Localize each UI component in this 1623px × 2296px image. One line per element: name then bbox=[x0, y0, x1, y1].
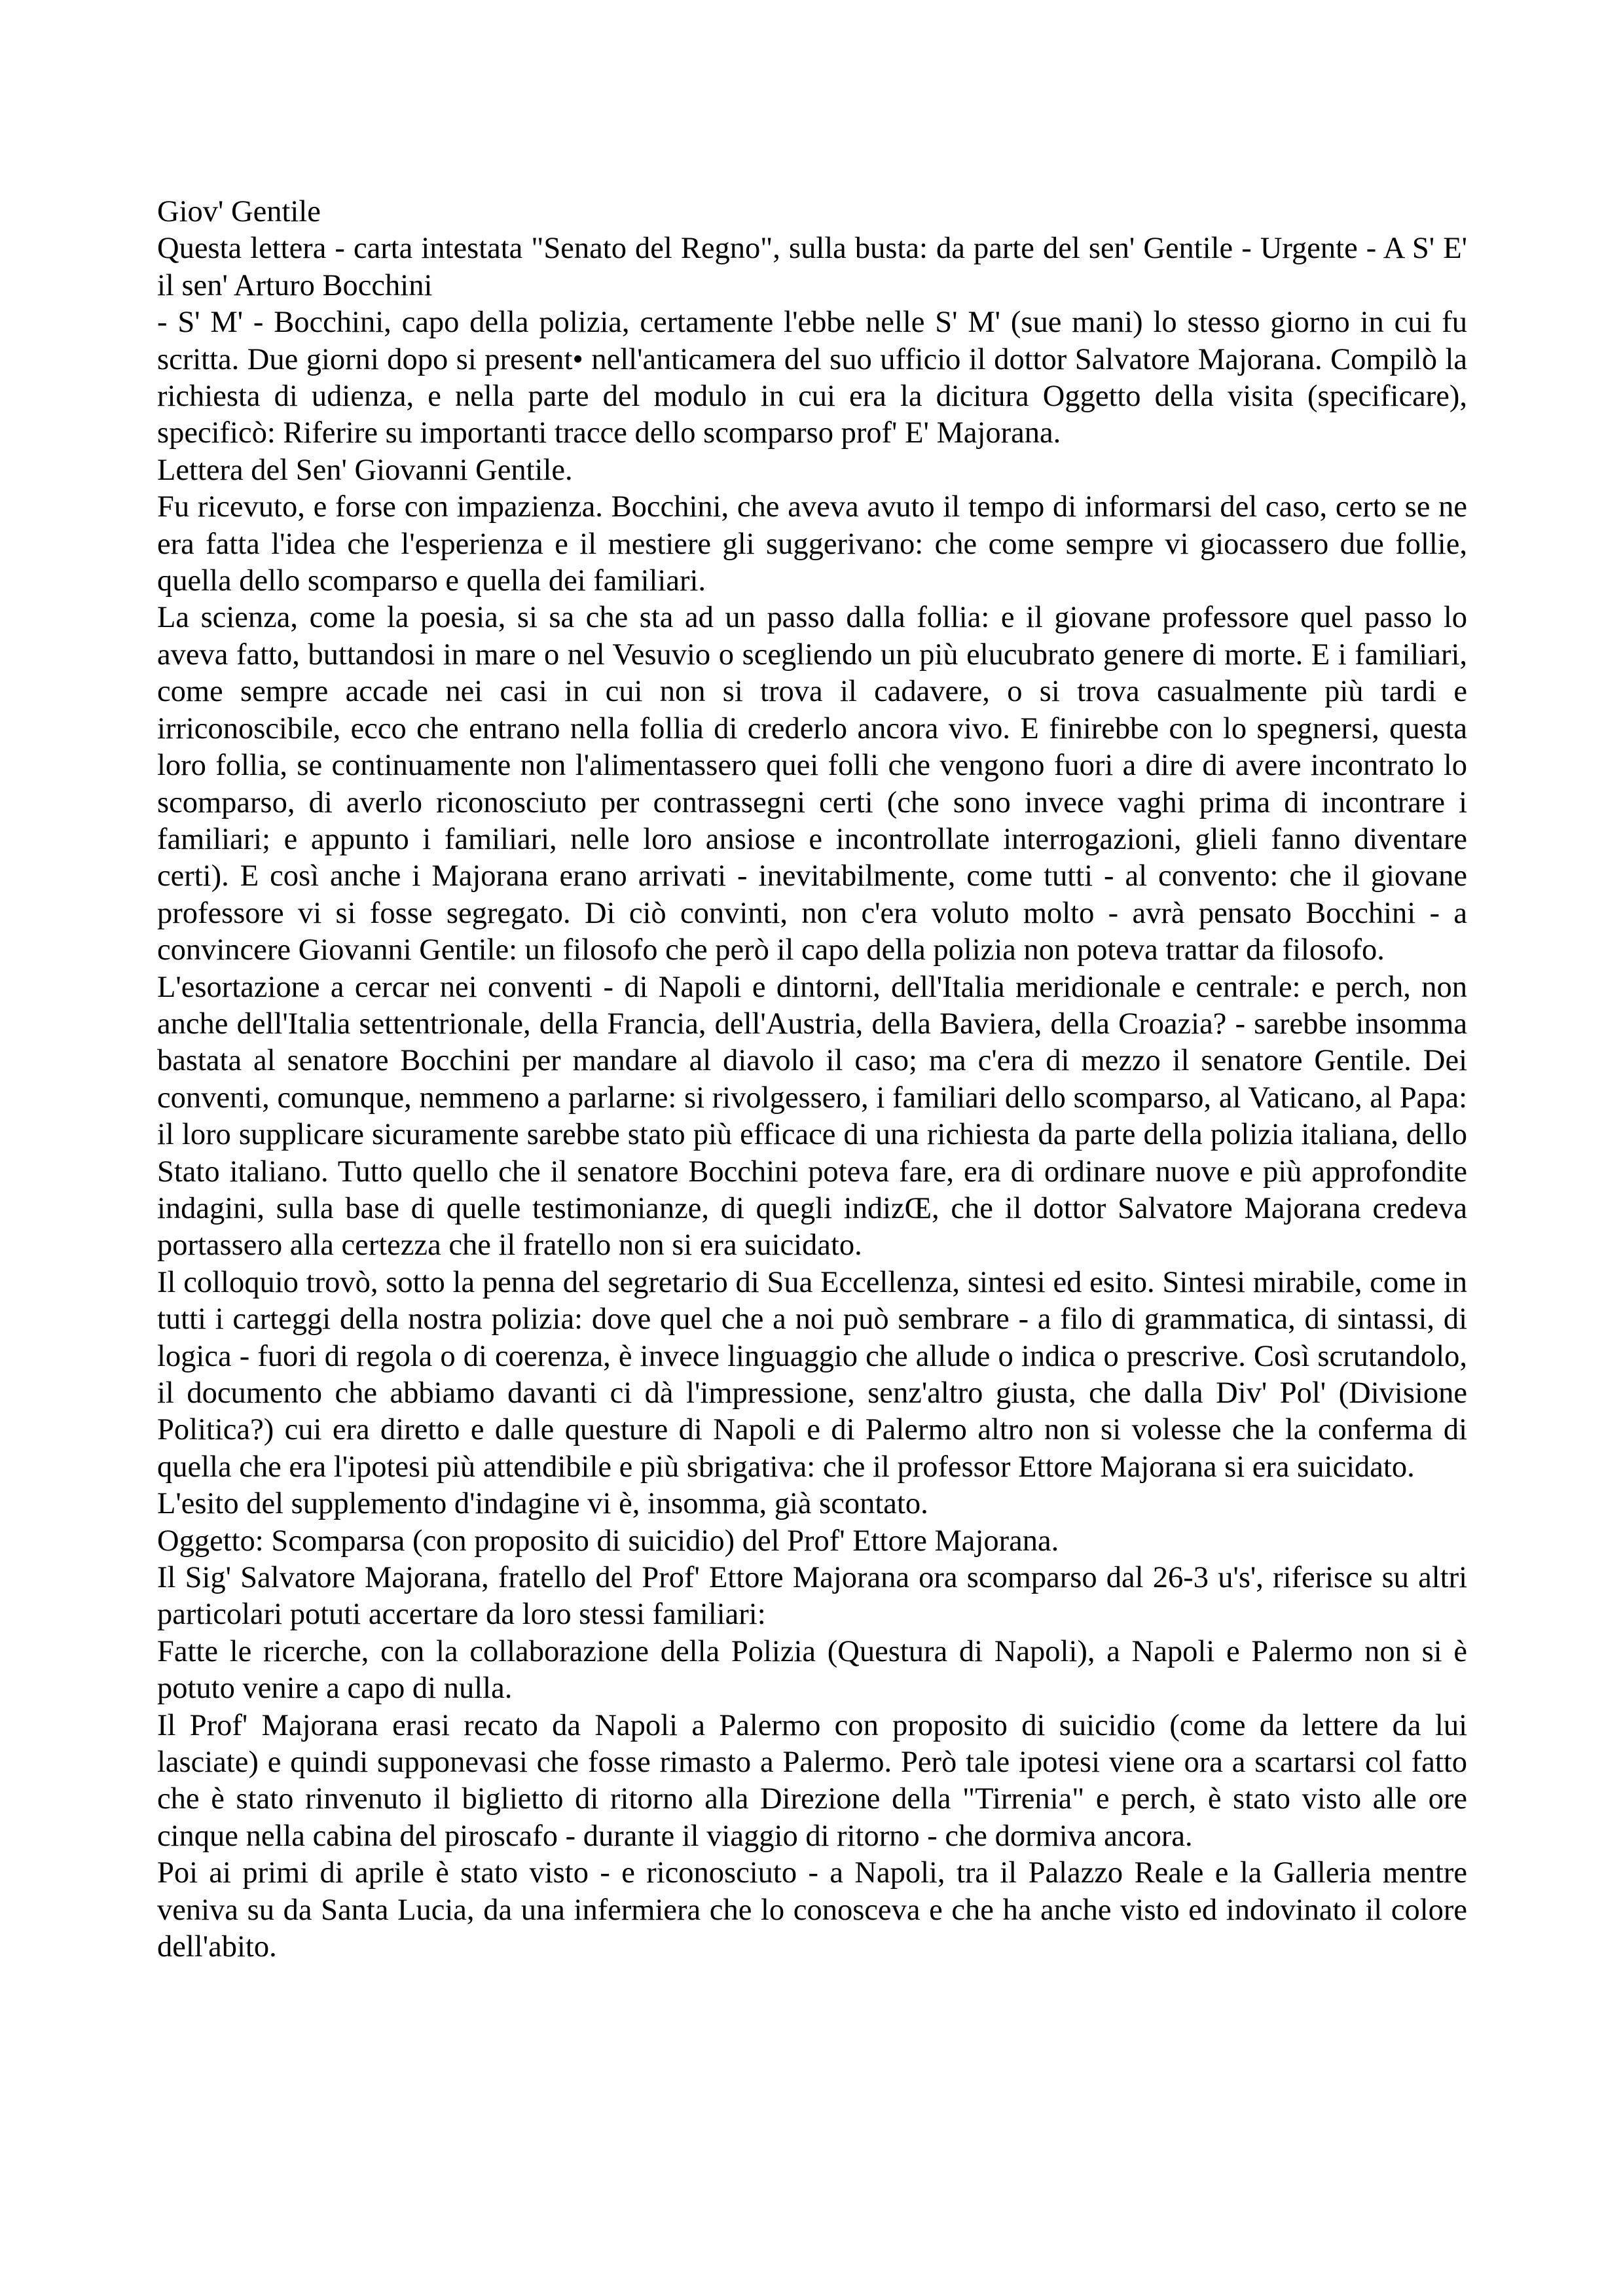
paragraph-report-intro: Il Sig' Salvatore Majorana, fratello del… bbox=[157, 1560, 1467, 1634]
paragraph-bocchini-visit: - S' M' - Bocchini, capo della polizia, … bbox=[157, 304, 1467, 452]
heading-line: Giov' Gentile bbox=[157, 194, 1467, 230]
paragraph-palermo-trip: Il Prof' Majorana erasi recato da Napoli… bbox=[157, 1708, 1467, 1856]
paragraph-received: Fu ricevuto, e forse con impazienza. Boc… bbox=[157, 489, 1467, 600]
paragraph-subject: Oggetto: Scomparsa (con proposito di sui… bbox=[157, 1523, 1467, 1560]
paragraph-science-madness: La scienza, come la poesia, si sa che st… bbox=[157, 600, 1467, 969]
paragraph-letterhead: Questa lettera - carta intestata "Senato… bbox=[157, 230, 1467, 304]
document-page: Giov' Gentile Questa lettera - carta int… bbox=[157, 194, 1467, 1966]
paragraph-colloquium: Il colloquio trovò, sotto la penna del s… bbox=[157, 1265, 1467, 1486]
paragraph-outcome: L'esito del supplemento d'indagine vi è,… bbox=[157, 1486, 1467, 1522]
paragraph-searches: Fatte le ricerche, con la collaborazione… bbox=[157, 1634, 1467, 1708]
paragraph-sighting: Poi ai primi di aprile è stato visto - e… bbox=[157, 1855, 1467, 1965]
paragraph-letter-reference: Lettera del Sen' Giovanni Gentile. bbox=[157, 452, 1467, 489]
paragraph-convents: L'esortazione a cercar nei conventi - di… bbox=[157, 969, 1467, 1265]
